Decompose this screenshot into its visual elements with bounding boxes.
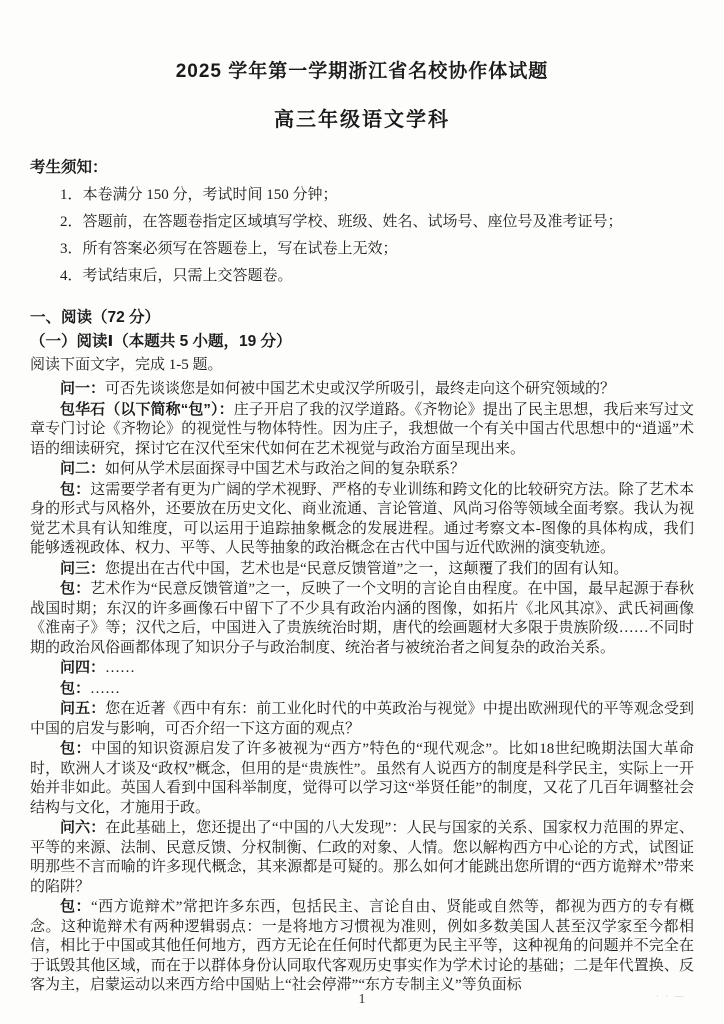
dialogue-paragraph: 问三：您提出在古代中国，艺术也是“民意反馈管道”之一，这颠覆了我们的固有认知。 (30, 559, 694, 580)
notice-item-2: 2．答题前，在答题卷指定区域填写学校、班级、姓名、试场号、座位号及准考证号； (30, 209, 694, 236)
dialogue-text: “西方诡辩术”常把许多东西，包括民主、言论自由、贤能或自然等，都视为西方的专有概… (30, 899, 694, 993)
speaker-label: 问一： (60, 380, 105, 397)
dialogue-paragraph: 问六：在此基础上，您还提出了“中国的八大发现”：人民与国家的关系、国家权力范围的… (30, 818, 694, 897)
dialogue-text: 您提出在古代中国，艺术也是“民意反馈管道”之一，这颠覆了我们的固有认知。 (105, 561, 628, 577)
notice-item-4: 4．考试结束后，只需上交答题卷。 (30, 263, 694, 290)
dialogue-paragraph: 包华石（以下简称“包”）：庄子开启了我的汉学道路。《齐物论》提出了民主思想，我后… (30, 400, 694, 460)
speaker-label: 包华石（以下简称“包”）： (60, 401, 234, 418)
notice-item-1: 1．本卷满分 150 分，考试时间 150 分钟； (30, 182, 694, 209)
speaker-label: 问六： (60, 819, 105, 836)
dialogue-text: 您在近著《西中有东：前工业化时代的中英政治与视觉》中提出欧洲现代的平等观念受到中… (30, 701, 694, 737)
speaker-label: 问二： (60, 460, 105, 477)
speaker-label: 问四： (60, 659, 105, 676)
notice-list: 1．本卷满分 150 分，考试时间 150 分钟； 2．答题前，在答题卷指定区域… (30, 182, 694, 290)
speaker-label: 问三： (60, 560, 105, 577)
dialogue-text: 在此基础上，您还提出了“中国的八大发现”：人民与国家的关系、国家权力范围的界定、… (30, 820, 694, 895)
dialogue-paragraph: 问一：可否先谈谈您是如何被中国艺术史或汉学所吸引，最终走向这个研究领域的？ (30, 379, 694, 400)
dialogue-paragraph: 包：中国的知识资源启发了许多被视为“西方”特色的“现代观念”。比如18世纪晚期法… (30, 739, 694, 818)
dialogue-paragraph: 问四：…… (30, 658, 694, 679)
dialogue-text: 如何从学术层面探寻中国艺术与政治之间的复杂联系？ (105, 461, 465, 477)
page-number: 1 (0, 992, 724, 1008)
reading-instruction: 阅读下面文字，完成 1-5 题。 (30, 354, 694, 377)
dialogue-text: 中国的知识资源启发了许多被视为“西方”特色的“现代观念”。比如18世纪晚期法国大… (30, 741, 694, 816)
dialogue-text: 艺术作为“民意反馈管道”之一，反映了一个文明的言论自由程度。在中国，最早起源于春… (30, 581, 694, 656)
dialogue-text: 这需要学者有更为广阔的学术视野、严格的专业训练和跨文化的比较研究方法。除了艺术本… (30, 482, 694, 557)
dialogue-text: 可否先谈谈您是如何被中国艺术史或汉学所吸引，最终走向这个研究领域的？ (105, 381, 615, 397)
candidate-notice-section: 考生须知： 1．本卷满分 150 分，考试时间 150 分钟； 2．答题前，在答… (30, 156, 694, 290)
subpart-heading: （一）阅读Ⅰ（本题共 5 小题，19 分） (30, 330, 694, 354)
part-heading: 一、阅读（72 分） (30, 306, 694, 330)
dialogue-paragraph: 包：…… (30, 679, 694, 700)
speaker-label: 问五： (60, 700, 105, 717)
dialogue-paragraph: 包：艺术作为“民意反馈管道”之一，反映了一个文明的言论自由程度。在中国，最早起源… (30, 579, 694, 658)
scan-artifact: · · — (656, 994, 690, 998)
speaker-label: 包： (60, 680, 90, 697)
speaker-label: 包： (60, 580, 90, 597)
speaker-label: 包： (60, 898, 91, 915)
dialogue-paragraph: 包：这需要学者有更为广阔的学术视野、严格的专业训练和跨文化的比较研究方法。除了艺… (30, 480, 694, 559)
exam-title: 2025 学年第一学期浙江省名校协作体试题 (30, 56, 694, 83)
speaker-label: 包： (60, 740, 91, 757)
notice-heading: 考生须知： (30, 156, 694, 180)
dialogue-paragraph: 问二：如何从学术层面探寻中国艺术与政治之间的复杂联系？ (30, 459, 694, 480)
exam-subtitle: 高三年级语文学科 (30, 103, 694, 132)
exam-page: 2025 学年第一学期浙江省名校协作体试题 高三年级语文学科 考生须知： 1．本… (0, 0, 724, 1024)
dialogue-paragraph: 包：“西方诡辩术”常把许多东西，包括民主、言论自由、贤能或自然等，都视为西方的专… (30, 897, 694, 996)
dialogue-text: …… (90, 681, 120, 697)
interview-dialogue: 问一：可否先谈谈您是如何被中国艺术史或汉学所吸引，最终走向这个研究领域的？ 包华… (30, 379, 694, 996)
dialogue-text: …… (105, 660, 135, 676)
reading-section: 一、阅读（72 分） （一）阅读Ⅰ（本题共 5 小题，19 分） 阅读下面文字，… (30, 306, 694, 377)
notice-item-3: 3．所有答案必须写在答题卷上，写在试卷上无效； (30, 236, 694, 263)
speaker-label: 包： (60, 481, 90, 498)
dialogue-paragraph: 问五：您在近著《西中有东：前工业化时代的中英政治与视觉》中提出欧洲现代的平等观念… (30, 699, 694, 739)
